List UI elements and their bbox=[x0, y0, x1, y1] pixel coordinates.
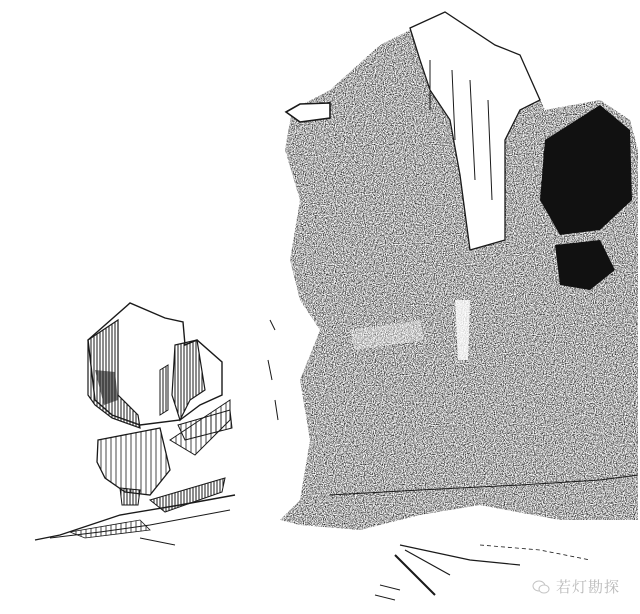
watermark: 若灯勘探 bbox=[532, 576, 620, 597]
illustration-canvas bbox=[0, 0, 640, 614]
watermark-text: 若灯勘探 bbox=[556, 576, 620, 597]
sphinx-rock bbox=[268, 12, 638, 600]
pedestal-rock bbox=[35, 303, 235, 545]
wechat-icon bbox=[532, 579, 550, 595]
